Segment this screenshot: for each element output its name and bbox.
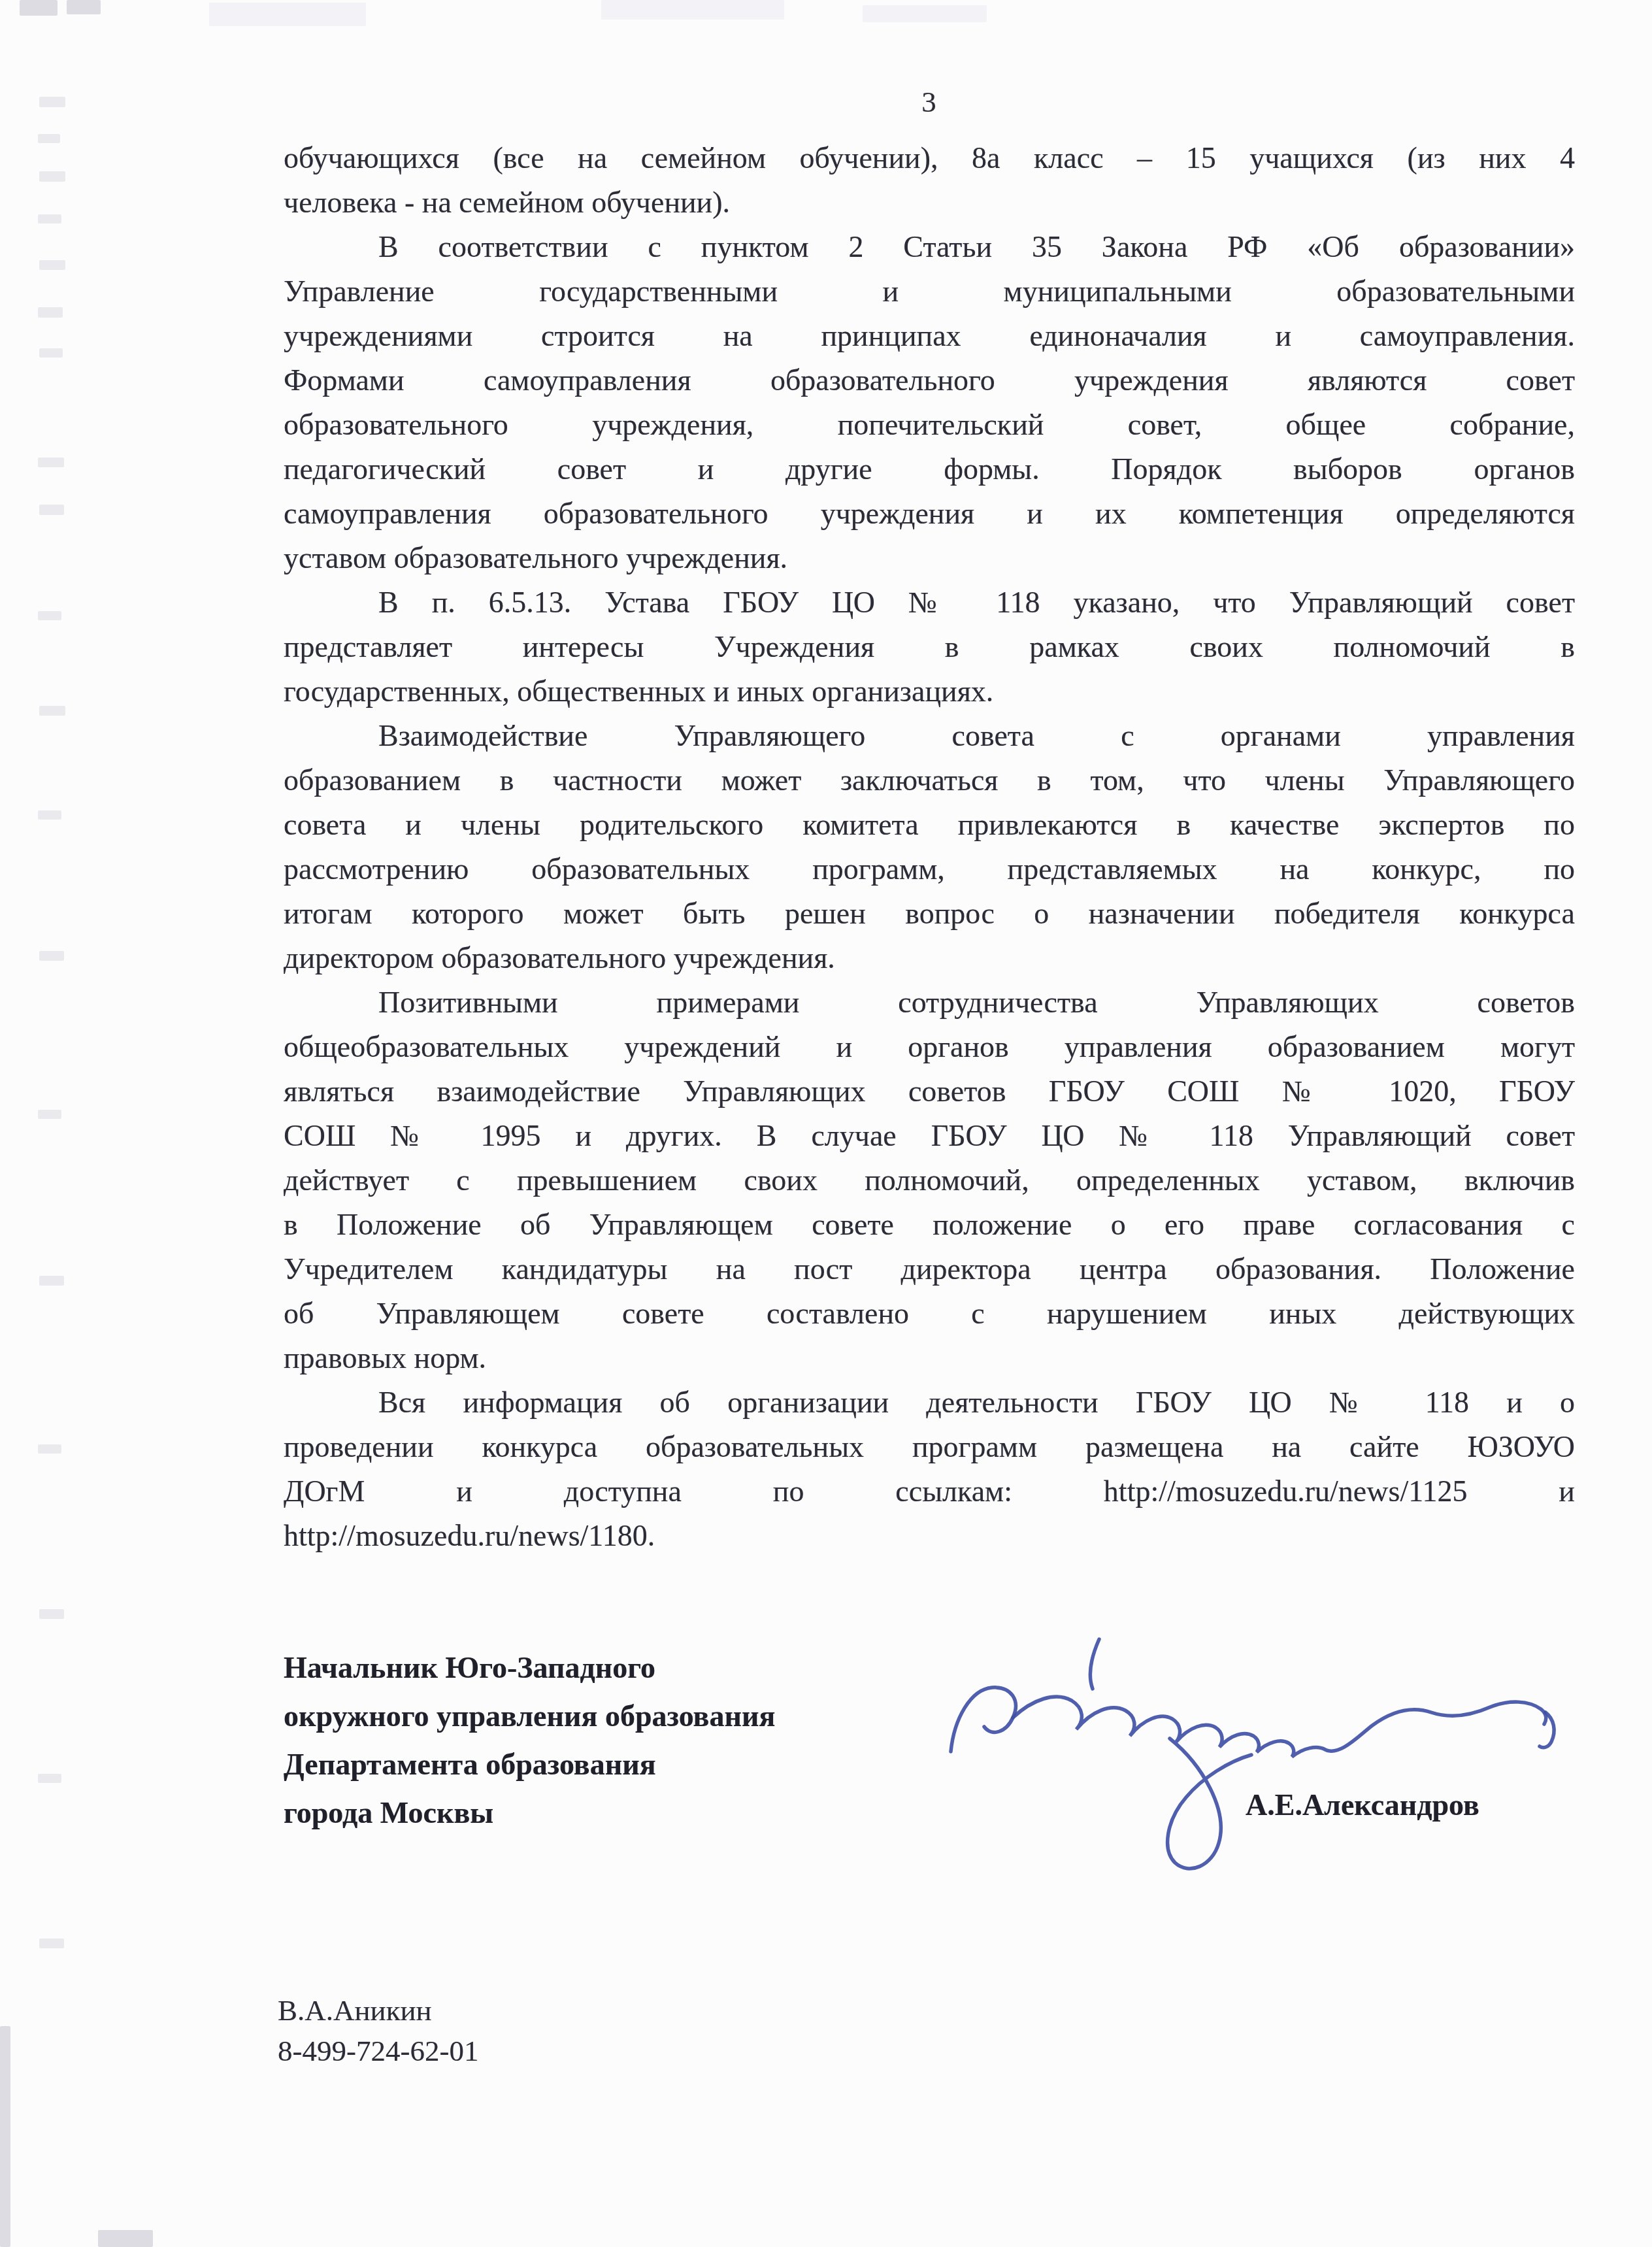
body-line: представляет интересы Учреждения в рамка… [284,625,1575,669]
body-line: совета и члены родительского комитета пр… [284,803,1575,847]
scan-artifact [39,1276,64,1286]
body-line: об Управляющем совете составлено с наруш… [284,1291,1575,1336]
signer-title-line: окружного управления образования [284,1692,1002,1740]
scan-artifact [38,611,61,620]
body-paragraph: Вся информация об организации деятельнос… [284,1380,1575,1558]
body-paragraph: В соответствии с пунктом 2 Статьи 35 Зак… [284,225,1575,580]
body-line: рассмотрению образовательных программ, п… [284,847,1575,891]
body-line: самоуправления образовательного учрежден… [284,491,1575,536]
signer-title-line: Начальник Юго-Западного [284,1644,1002,1692]
scan-artifact [39,1609,64,1619]
body-line: итогам которого может быть решен вопрос … [284,891,1575,936]
body-line: образовательного учреждения, попечительс… [284,403,1575,447]
body-line: общеобразовательных учреждений и органов… [284,1025,1575,1069]
body-line: В п. 6.5.13. Устава ГБОУ ЦО № 118 указан… [284,580,1575,625]
body-line: проведении конкурса образовательных прог… [284,1425,1575,1469]
signer-title-line: города Москвы [284,1789,1002,1837]
signer-name: А.Е.Александров [1246,1788,1479,1822]
body-paragraph: обучающихся (все на семейном обучении), … [284,136,1575,225]
executor-phone: 8-499-724-62-01 [278,2031,478,2071]
scan-artifact [39,171,65,182]
body-line: директором образовательного учреждения. [284,936,1575,980]
body-line: уставом образовательного учреждения. [284,536,1575,580]
scan-artifact [38,134,60,143]
body-line: СОШ № 1995 и других. В случае ГБОУ ЦО № … [284,1114,1575,1158]
handwritten-signature [915,1621,1581,1882]
signer-title-line: Департамента образования [284,1740,1002,1789]
scan-artifact [39,706,65,716]
body-line: ДОгМ и доступна по ссылкам: http://mosuz… [284,1469,1575,1514]
scan-artifact [38,307,63,318]
body-line: Взаимодействие Управляющего совета с орг… [284,714,1575,758]
scan-artifact [863,5,987,22]
executor-name: В.А.Аникин [278,1990,478,2031]
signature-block: Начальник Юго-Западного окружного управл… [284,1644,1002,1837]
body-line: человека - на семейном обучении). [284,180,1575,225]
body-line: учреждениями строится на принципах едино… [284,314,1575,358]
scan-artifact [39,1939,64,1948]
body-line: педагогический совет и другие формы. Пор… [284,447,1575,491]
body-line: в Положение об Управляющем совете положе… [284,1203,1575,1247]
scan-artifact [38,458,64,467]
body-line: Учредителем кандидатуры на пост директор… [284,1247,1575,1291]
scan-artifact [38,1444,61,1454]
scan-artifact [0,2026,10,2247]
scan-artifact [38,810,61,820]
body-line: Позитивными примерами сотрудничества Упр… [284,980,1575,1025]
scan-artifact [38,1774,61,1783]
scan-artifact [67,0,101,14]
scan-artifact [39,348,63,358]
body-line: Вся информация об организации деятельнос… [284,1380,1575,1425]
scan-artifact [38,1110,61,1119]
body-line: действует с превышением своих полномочий… [284,1158,1575,1203]
page-number: 3 [284,85,1575,119]
scan-artifact [39,260,65,270]
letter-body: обучающихся (все на семейном обучении), … [284,136,1575,1558]
body-line: правовых норм. [284,1336,1575,1380]
body-line: В соответствии с пунктом 2 Статьи 35 Зак… [284,225,1575,269]
scan-artifact [98,2230,153,2247]
executor-contact: В.А.Аникин 8-499-724-62-01 [278,1990,478,2071]
body-line: Формами самоуправления образовательного … [284,358,1575,403]
body-paragraph: Взаимодействие Управляющего совета с орг… [284,714,1575,980]
body-line url-line: http://mosuzedu.ru/news/1180. [284,1514,1575,1558]
body-line: Управление государственными и муниципаль… [284,269,1575,314]
scan-artifact [39,97,65,107]
body-line: обучающихся (все на семейном обучении), … [284,136,1575,180]
body-line: образованием в частности может заключать… [284,758,1575,803]
body-line: являться взаимодействие Управляющих сове… [284,1069,1575,1114]
scan-artifact [39,951,64,961]
scan-artifact [209,3,366,26]
body-paragraph: Позитивными примерами сотрудничества Упр… [284,980,1575,1380]
scanned-letter-page: 3 обучающихся (все на семейном обучении)… [0,0,1652,2247]
body-paragraph: В п. 6.5.13. Устава ГБОУ ЦО № 118 указан… [284,580,1575,714]
body-line: государственных, общественных и иных орг… [284,669,1575,714]
scan-artifact [601,0,784,20]
scan-artifact [39,505,64,515]
scan-artifact [38,214,61,224]
scan-artifact [20,0,58,16]
